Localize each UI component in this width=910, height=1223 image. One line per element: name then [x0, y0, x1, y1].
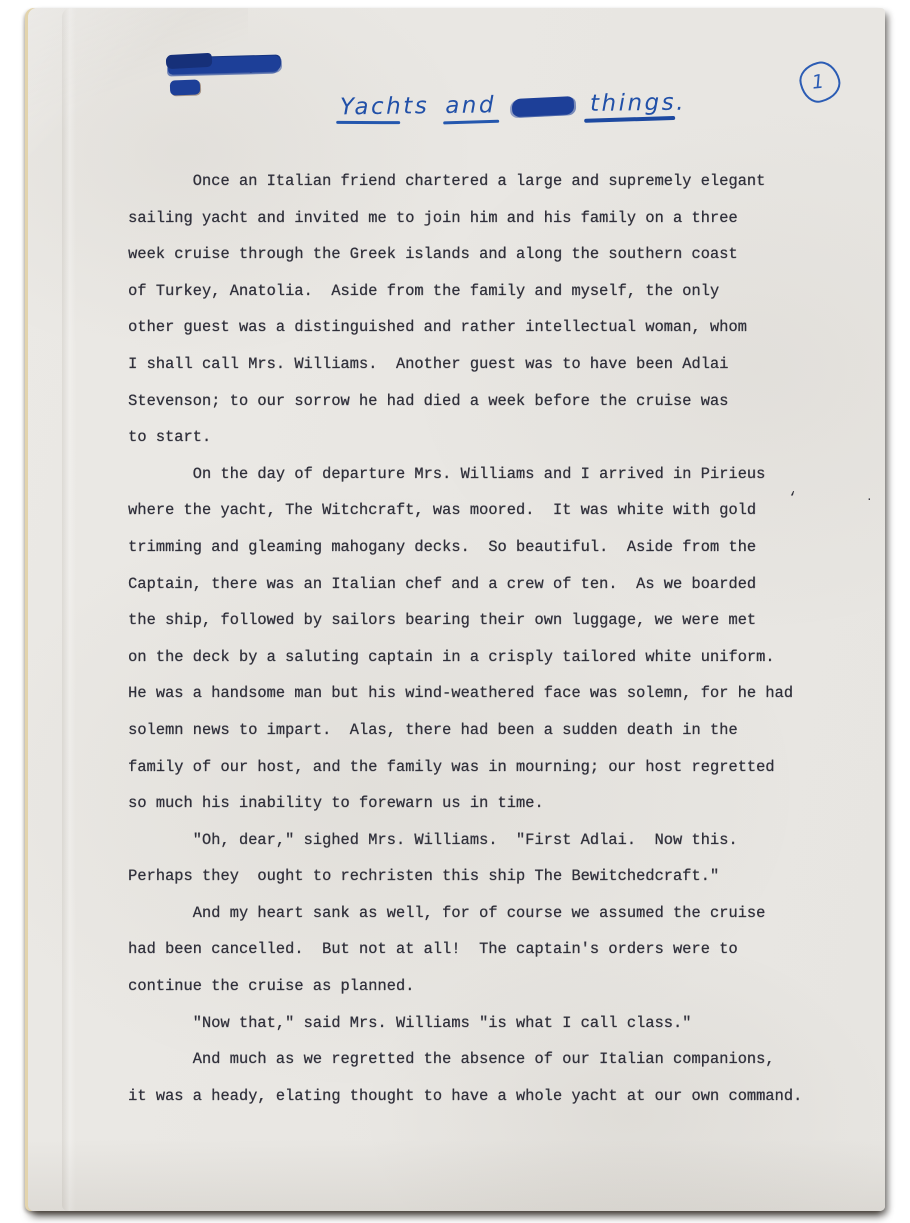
page-number-value: 1 — [811, 71, 825, 94]
typescript-line: trimming and gleaming mahogany decks. So… — [128, 529, 828, 566]
title-word-and: and — [445, 92, 496, 123]
circled-page-number: 1 — [796, 58, 844, 106]
typescript-line: to start. — [128, 419, 828, 456]
typescript-line: Once an Italian friend chartered a large… — [128, 163, 828, 200]
stray-ink-mark: ‘ — [788, 490, 797, 507]
typescript-line: of Turkey, Anatolia. Aside from the fami… — [128, 273, 828, 310]
typescript-line: And much as we regretted the absence of … — [128, 1041, 828, 1078]
typescript-line: it was a heady, elating thought to have … — [128, 1078, 828, 1115]
ink-scribble: 3rd story — [166, 52, 296, 110]
typescript-line: week cruise through the Greek islands an… — [128, 236, 828, 273]
typescript-line: On the day of departure Mrs. Williams an… — [128, 456, 828, 493]
typescript-line: sailing yacht and invited me to join him… — [128, 200, 828, 237]
ink-blot-icon — [170, 79, 201, 95]
typescript-line: on the deck by a saluting captain in a c… — [128, 639, 828, 676]
ink-blot-icon — [512, 96, 575, 117]
typescript-line: "Oh, dear," sighed Mrs. Williams. "First… — [128, 822, 828, 859]
typewritten-body: Once an Italian friend chartered a large… — [128, 163, 828, 1114]
ink-blot-icon — [166, 53, 213, 69]
typescript-line: had been cancelled. But not at all! The … — [128, 931, 828, 968]
typescript-line: And my heart sank as well, for of course… — [128, 895, 828, 932]
typescript-line: solemn news to impart. Alas, there had b… — [128, 712, 828, 749]
typescript-line: where the yacht, The Witchcraft, was moo… — [128, 492, 828, 529]
typescript-line: I shall call Mrs. Williams. Another gues… — [128, 346, 828, 383]
typescript-line: "Now that," said Mrs. Williams "is what … — [128, 1005, 828, 1042]
stray-ink-mark: . — [866, 492, 873, 504]
typescript-line: family of our host, and the family was i… — [128, 749, 828, 786]
paper-crease-bottom — [28, 1121, 885, 1211]
paper-sheet: 3rd story Yachts and things. 1 Once an I… — [28, 8, 885, 1211]
typescript-line: the ship, followed by sailors bearing th… — [128, 602, 828, 639]
paper-crease-left — [62, 8, 76, 1211]
manuscript-page-stage: 3rd story Yachts and things. 1 Once an I… — [0, 0, 910, 1223]
typescript-line: He was a handsome man but his wind-weath… — [128, 675, 828, 712]
title-word-yachts: Yachts — [340, 93, 430, 124]
handwritten-title: Yachts and things. — [340, 90, 686, 125]
typescript-line: Captain, there was an Italian chef and a… — [128, 566, 828, 603]
title-word-things: things. — [590, 90, 686, 121]
typescript-line: Perhaps they ought to rechristen this sh… — [128, 858, 828, 895]
typescript-line: other guest was a distinguished and rath… — [128, 309, 828, 346]
typescript-line: continue the cruise as planned. — [128, 968, 828, 1005]
typescript-line: so much his inability to forewarn us in … — [128, 785, 828, 822]
typescript-line: Stevenson; to our sorrow he had died a w… — [128, 383, 828, 420]
